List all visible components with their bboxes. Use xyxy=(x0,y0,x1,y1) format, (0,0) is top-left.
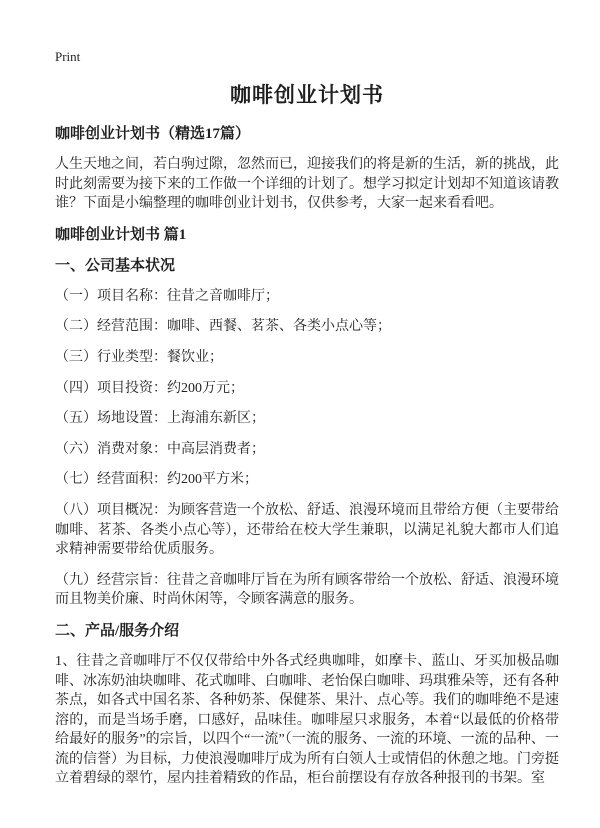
doc-subtitle: 咖啡创业计划书（精选17篇） xyxy=(55,124,559,144)
section-heading-products-services: 二、产品/服务介绍 xyxy=(55,621,559,641)
intro-paragraph: 人生天地之间，若白驹过隙，忽然而已，迎接我们的将是新的生活，新的挑战，此时此刻需… xyxy=(55,155,559,214)
page-title: 咖啡创业计划书 xyxy=(55,82,559,109)
basic-info-item-5: （五）场地设置：上海浦东新区； xyxy=(55,409,559,429)
basic-info-item-4: （四）项目投资：约200万元； xyxy=(55,379,559,399)
basic-info-item-6: （六）消费对象：中高层消费者； xyxy=(55,440,559,460)
document-page: Print 咖啡创业计划书 咖啡创业计划书（精选17篇） 人生天地之间，若白驹过… xyxy=(0,0,600,828)
basic-info-item-8: （八）项目概况：为顾客营造一个放松、舒适、浪漫环境而且带给方便（主要带给咖啡、茗… xyxy=(55,501,559,560)
product-intro-paragraph: 1、往昔之音咖啡厅不仅仅带给中外各式经典咖啡，如摩卡、蓝山、牙买加极品咖啡、冰冻… xyxy=(55,652,559,789)
article-heading: 咖啡创业计划书 篇1 xyxy=(55,225,559,245)
basic-info-item-2: （二）经营范围：咖啡、西餐、茗茶、各类小点心等； xyxy=(55,317,559,337)
section-heading-company-basics: 一、公司基本状况 xyxy=(55,256,559,276)
basic-info-item-1: （一）项目名称：往昔之音咖啡厅； xyxy=(55,287,559,307)
basic-info-item-3: （三）行业类型：餐饮业； xyxy=(55,348,559,368)
basic-info-item-9: （九）经营宗旨：往昔之音咖啡厅旨在为所有顾客带给一个放松、舒适、浪漫环境而且物美… xyxy=(55,571,559,610)
basic-info-item-7: （七）经营面积：约200平方米； xyxy=(55,470,559,490)
print-link[interactable]: Print xyxy=(55,49,80,65)
